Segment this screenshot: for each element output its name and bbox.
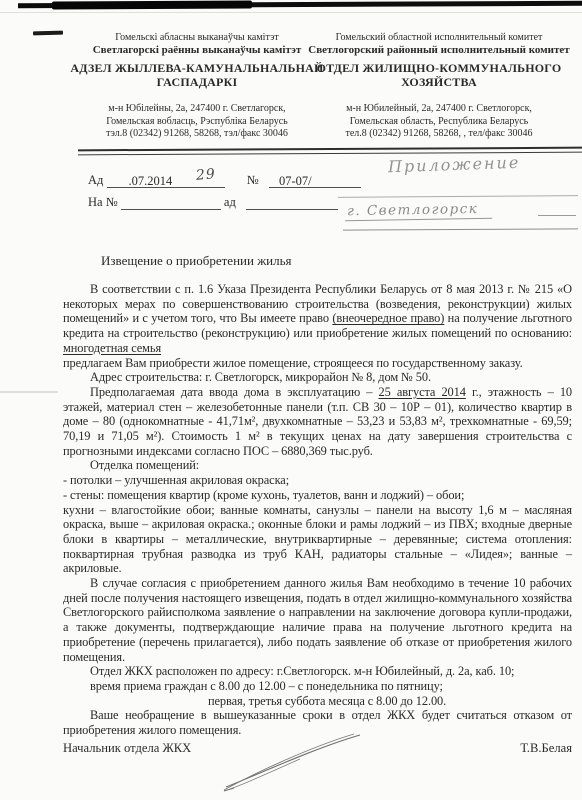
text-segment: Адрес строительства: г. Светлогорск, мик… xyxy=(90,370,431,384)
paragraph: Адрес строительства: г. Светлогорск, мик… xyxy=(63,370,572,385)
scan-faint-line xyxy=(0,12,582,13)
reply-label: На № xyxy=(88,195,118,209)
text-segment: Отдел ЖКХ расположен по адресу: г.Светло… xyxy=(90,664,514,678)
number-field: 07-07/ xyxy=(269,174,361,188)
underlined-text: 25 августа 2014 xyxy=(379,385,466,399)
text-segment: В случае согласия с приобретением данног… xyxy=(63,576,572,664)
signature-scribble xyxy=(222,731,367,795)
handwritten-place: г. Светлогорск xyxy=(345,201,493,222)
scan-streak-artifact xyxy=(0,391,58,393)
address-line: Гомельская область, Республика Беларусь xyxy=(295,116,582,129)
paragraph: первая, третья суббота месяца с 8.00 до … xyxy=(63,694,572,709)
signer-name: Т.В.Белая xyxy=(520,741,572,756)
number-value: 07-07/ xyxy=(279,174,312,188)
text-segment: кухни – влагостойкие обои; ванные комнат… xyxy=(63,503,572,576)
paragraph: - стены: помещения квартир (кроме кухонь… xyxy=(63,488,572,503)
paragraph: Отделка помещений: xyxy=(63,458,572,473)
paragraph: В случае согласия с приобретением данног… xyxy=(63,576,572,664)
document-body-wrap: Извещение о приобретении жилья В соответ… xyxy=(63,253,572,738)
letterhead-right-department: ОТДЕЛ ЖИЛИЩНО-КОММУНАЛЬНОГО ХОЗЯЙСТВА xyxy=(295,61,582,90)
date-label: Ад xyxy=(88,173,103,187)
handwritten-rule-top xyxy=(338,195,578,198)
address-line: м-н Юбилейный, 2а, 247400 г. Светлогорск… xyxy=(295,103,582,116)
text-segment: - стены: помещения квартир (кроме кухонь… xyxy=(63,488,464,502)
text-segment: предлагаем Вам приобрести жилое помещени… xyxy=(63,356,523,370)
paragraph: предлагаем Вам приобрести жилое помещени… xyxy=(63,356,572,371)
text-segment: Предполагаемая дата ввода дома в эксплуа… xyxy=(90,385,379,399)
handwritten-annotation: Приложение xyxy=(388,153,521,177)
paragraph: Предполагаемая дата ввода дома в эксплуа… xyxy=(63,385,572,459)
reference-reply-line: На № ад xyxy=(88,195,338,210)
letterhead-right-address: м-н Юбилейный, 2а, 247400 г. Светлогорск… xyxy=(295,103,582,141)
underlined-text: многодетная семья xyxy=(63,341,161,355)
letterhead-russian: Гомельский областной исполнительный коми… xyxy=(295,32,582,141)
reference-date-line: Ад .07.2014 № 07-07/ 29 xyxy=(88,173,361,188)
text-segment: время приема граждан с 8.00 до 12.00 – с… xyxy=(90,679,443,693)
letterhead-right-committee: Гомельский областной исполнительный коми… xyxy=(295,32,582,44)
reply-number-field xyxy=(121,195,221,210)
text-segment: первая, третья суббота месяца с 8.00 до … xyxy=(208,694,446,708)
paragraph: кухни – влагостойкие обои; ванные комнат… xyxy=(63,503,572,577)
paragraph: В соответствии с п. 1.6 Указа Президента… xyxy=(63,282,572,356)
letterhead-right-district-committee: Светлогорский районный исполнительный ко… xyxy=(295,44,582,57)
paragraph: время приема граждан с 8.00 до 12.00 – с… xyxy=(63,679,572,694)
document-title: Извещение о приобретении жилья xyxy=(101,253,572,269)
handwritten-dash xyxy=(538,215,576,216)
underlined-text: (внеочередное право) xyxy=(332,311,444,325)
signer-position: Начальник отдела ЖКХ xyxy=(63,741,191,756)
paragraph: - потолки – улучшенная акриловая окраска… xyxy=(63,473,572,488)
document-body: В соответствии с п. 1.6 Указа Президента… xyxy=(63,282,572,738)
handwritten-day: 29 xyxy=(195,166,216,184)
text-segment: Отделка помещений: xyxy=(90,458,199,472)
date-typed: .07.2014 xyxy=(129,174,173,188)
handwritten-rule-bottom xyxy=(343,228,578,230)
text-segment: - потолки – улучшенная акриловая окраска… xyxy=(63,473,289,487)
number-label: № xyxy=(247,173,259,187)
scan-edge-artifact-thick xyxy=(52,0,252,9)
paragraph: Отдел ЖКХ расположен по адресу: г.Светло… xyxy=(63,664,572,679)
address-line: тел.8 (02342) 91268, 58268, , тел/факс 3… xyxy=(295,128,582,141)
reply-ad-label: ад xyxy=(224,195,236,209)
reply-date-field xyxy=(246,195,338,210)
scanned-letter-page: Гомельскі абласны выканаўчы камітэт Свет… xyxy=(0,0,582,800)
